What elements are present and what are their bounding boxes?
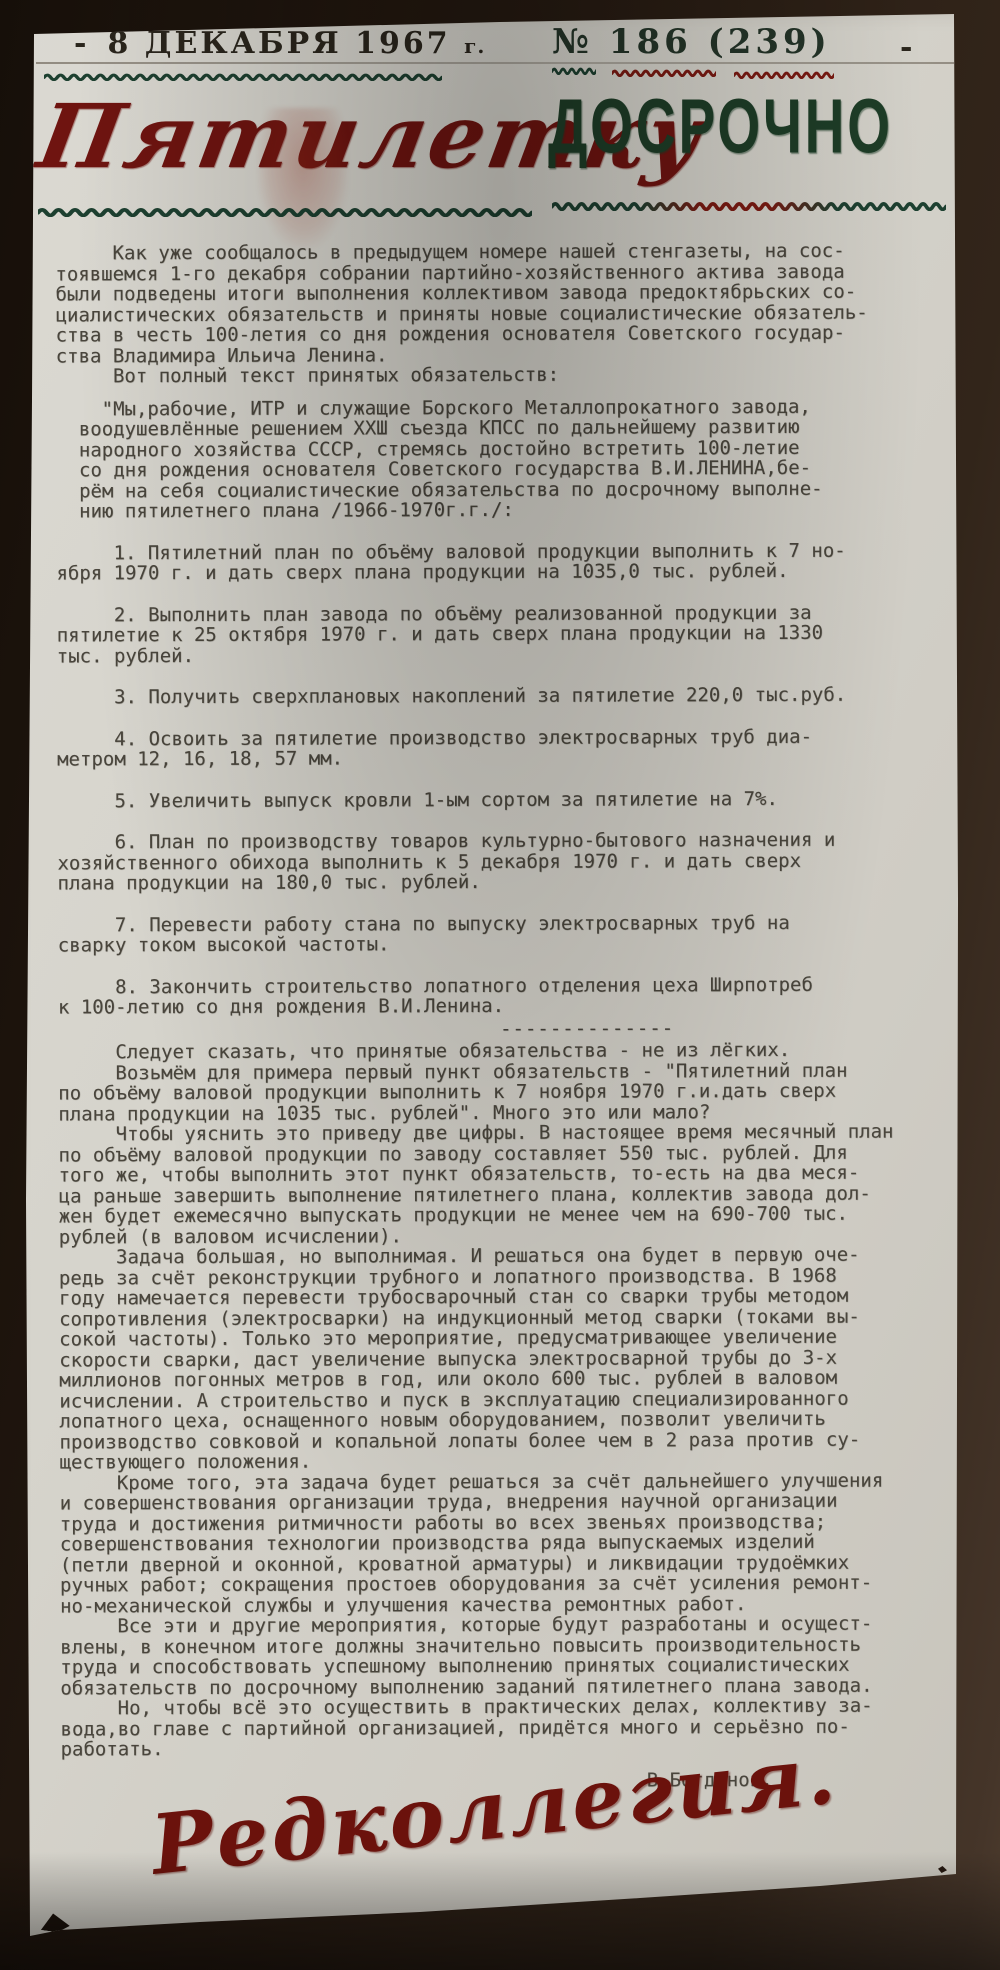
obligation-item: 2. Выполнить план завода по объёму реали… [57,602,909,666]
obligation-item: 3. Получить сверхплановых накоплений за … [57,685,909,708]
discussion-paragraph: Следует сказать, что принятые обязательс… [58,1040,911,1248]
discussion-paragraph: Кроме того, эта задача будет решаться за… [60,1470,912,1616]
wavy-underline-icon [44,72,442,81]
wavy-underline-icon [734,70,834,79]
paper-blemish [938,1866,947,1873]
obligation-item: 7. Перевести работу стана по выпуску эле… [58,912,910,956]
dashed-separator: -------------- [500,1017,910,1039]
wavy-underline-icon [552,200,946,211]
issue-date-text: 8 ДЕКАБРЯ 1967 [107,26,450,61]
newspaper-page: -8 ДЕКАБРЯ 1967 г. № 186 (239) - Пятилет… [0,0,1000,1970]
headline-caps-word: ДОСРОЧНО [548,83,893,171]
decorative-dash: - [74,26,89,61]
photo-background: -8 ДЕКАБРЯ 1967 г. № 186 (239) - Пятилет… [0,0,1000,1970]
paper-blemish [41,1912,71,1934]
decorative-dash: - [900,30,912,65]
issue-date: -8 ДЕКАБРЯ 1967 г. [74,26,485,61]
wavy-underline-icon [38,206,532,217]
intro-paragraph: Как уже сообщалось в предыдущем номере н… [55,241,907,387]
wavy-underline-icon [552,66,596,75]
discussion-paragraph: Задача большая, но выполнимая. И решатьс… [59,1245,912,1473]
obligation-item: 6. План по производству товаров культурн… [57,830,909,894]
issue-date-suffix: г. [464,34,485,58]
obligation-item: 8. Закончить строительство лопатного отд… [58,974,910,1018]
obligation-item: 5. Увеличить выпуск кровли 1-ым сортом з… [57,788,909,811]
obligation-item: 4. Освоить за пятилетие производство эле… [57,726,909,770]
wavy-underline-icon [612,68,716,77]
article-body: Как уже сообщалось в предыдущем номере н… [55,241,912,1793]
obligation-item: 1. Пятилетний план по объёму валовой про… [56,540,908,584]
issue-number: № 186 (239) [552,22,831,62]
obligations-preamble: "Мы,рабочие, ИТР и служащие Борского Мет… [56,396,908,522]
ruled-line [36,62,954,64]
